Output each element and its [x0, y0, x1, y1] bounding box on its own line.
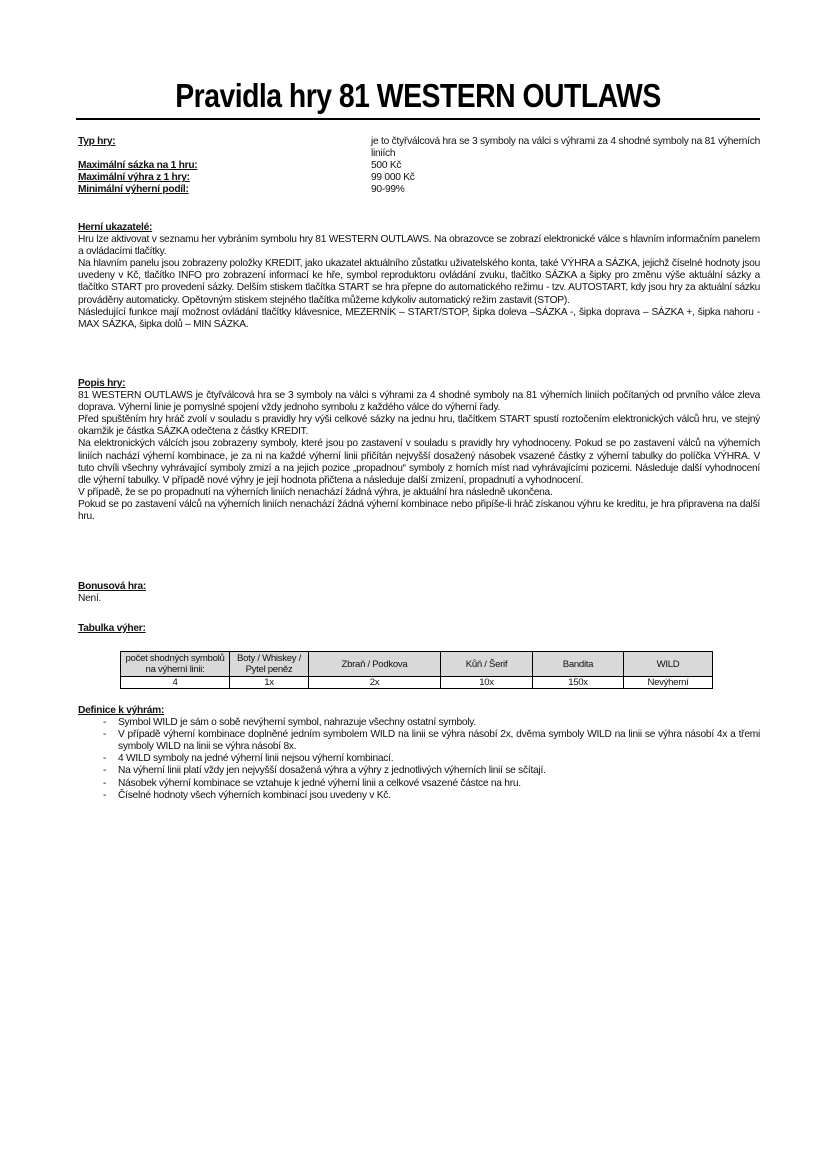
list-item-text: Násobek výherní kombinace se vztahuje k …	[118, 778, 521, 789]
section-paytable: Tabulka výher:	[78, 623, 760, 635]
bullet-dash: -	[103, 729, 106, 741]
paragraph: Není.	[78, 593, 760, 605]
paytable: počet shodných symbolů na výherní linii:…	[120, 651, 713, 689]
info-label: Maximální sázka na 1 hru:	[78, 160, 371, 172]
list-item-text: Číselné hodnoty všech výherních kombinac…	[118, 790, 391, 801]
paytable-header-cell: Zbraň / Podkova	[309, 652, 441, 677]
paytable-cell: 4	[121, 677, 230, 689]
definitions-list: -Symbol WILD je sám o sobě nevýherní sym…	[78, 717, 760, 802]
paragraph: Následující funkce mají možnost ovládání…	[78, 307, 760, 331]
info-value: je to čtyřválcová hra se 3 symboly na vá…	[371, 136, 760, 160]
list-item: -Na výherní linii platí vždy jen nejvyšš…	[78, 765, 760, 777]
list-item-text: 4 WILD symboly na jedné výherní linii ne…	[118, 753, 393, 764]
list-item-text: V případě výherní kombinace doplněné jed…	[118, 729, 760, 752]
page-title: Pravidla hry 81 WESTERN OUTLAWS	[124, 76, 712, 116]
bullet-dash: -	[103, 717, 106, 729]
paragraph: Pokud se po zastavení válců na výherních…	[78, 499, 760, 523]
list-item: -Číselné hodnoty všech výherních kombina…	[78, 790, 760, 802]
paytable-cell: 150x	[533, 677, 624, 689]
section-win-definitions: Definice k výhrám: -Symbol WILD je sám o…	[78, 705, 760, 802]
info-row-game-type: Typ hry: je to čtyřválcová hra se 3 symb…	[78, 136, 760, 160]
game-info-block: Typ hry: je to čtyřválcová hra se 3 symb…	[78, 136, 760, 196]
paytable-header-cell: počet shodných symbolů na výherní linii:	[121, 652, 230, 677]
title-divider	[76, 118, 760, 120]
paragraph: Hru lze aktivovat v seznamu her vybráním…	[78, 234, 760, 258]
list-item-text: Symbol WILD je sám o sobě nevýherní symb…	[118, 717, 476, 728]
info-value: 99 000 Kč	[371, 172, 760, 184]
paytable-cell: Nevýherní	[624, 677, 713, 689]
paragraph: Před spuštěním hry hráč zvolí v souladu …	[78, 414, 760, 438]
paytable-header-cell: Bandita	[533, 652, 624, 677]
paytable-cell: 10x	[441, 677, 533, 689]
paytable-header-cell: WILD	[624, 652, 713, 677]
info-row-max-win: Maximální výhra z 1 hry: 99 000 Kč	[78, 172, 760, 184]
paytable-cell: 2x	[309, 677, 441, 689]
list-item: -Násobek výherní kombinace se vztahuje k…	[78, 778, 760, 790]
paytable-header-row: počet shodných symbolů na výherní linii:…	[121, 652, 713, 677]
paragraph: V případě, že se po propadnutí na výhern…	[78, 487, 760, 499]
info-value: 90-99%	[371, 184, 760, 196]
bullet-dash: -	[103, 778, 106, 790]
section-bonus-game: Bonusová hra: Není.	[78, 581, 760, 605]
info-label: Maximální výhra z 1 hry:	[78, 172, 371, 184]
info-row-max-bet: Maximální sázka na 1 hru: 500 Kč	[78, 160, 760, 172]
paytable-header-cell: Boty / Whiskey / Pytel peněz	[230, 652, 309, 677]
section-heading: Herní ukazatelé:	[78, 222, 760, 234]
paytable-cell: 1x	[230, 677, 309, 689]
info-value: 500 Kč	[371, 160, 760, 172]
paytable-header-cell: Kůň / Šerif	[441, 652, 533, 677]
bullet-dash: -	[103, 790, 106, 802]
section-game-indicators: Herní ukazatelé: Hru lze aktivovat v sez…	[78, 222, 760, 331]
list-item: -V případě výherní kombinace doplněné je…	[78, 729, 760, 753]
section-heading: Popis hry:	[78, 378, 760, 390]
list-item-text: Na výherní linii platí vždy jen nejvyšší…	[118, 765, 546, 776]
bullet-dash: -	[103, 753, 106, 765]
section-heading: Bonusová hra:	[78, 581, 760, 593]
paragraph: 81 WESTERN OUTLAWS je čtyřválcová hra se…	[78, 390, 760, 414]
section-game-description: Popis hry: 81 WESTERN OUTLAWS je čtyřvál…	[78, 378, 760, 523]
paragraph: Na elektronických válcích jsou zobrazeny…	[78, 438, 760, 486]
info-label: Typ hry:	[78, 136, 371, 160]
section-heading: Definice k výhrám:	[78, 705, 760, 717]
section-heading: Tabulka výher:	[78, 623, 760, 635]
list-item: -4 WILD symboly na jedné výherní linii n…	[78, 753, 760, 765]
info-row-min-payout: Minimální výherní podíl: 90-99%	[78, 184, 760, 196]
paragraph: Na hlavním panelu jsou zobrazeny položky…	[78, 258, 760, 306]
info-label: Minimální výherní podíl:	[78, 184, 371, 196]
paytable-row: 4 1x 2x 10x 150x Nevýherní	[121, 677, 713, 689]
bullet-dash: -	[103, 765, 106, 777]
list-item: -Symbol WILD je sám o sobě nevýherní sym…	[78, 717, 760, 729]
